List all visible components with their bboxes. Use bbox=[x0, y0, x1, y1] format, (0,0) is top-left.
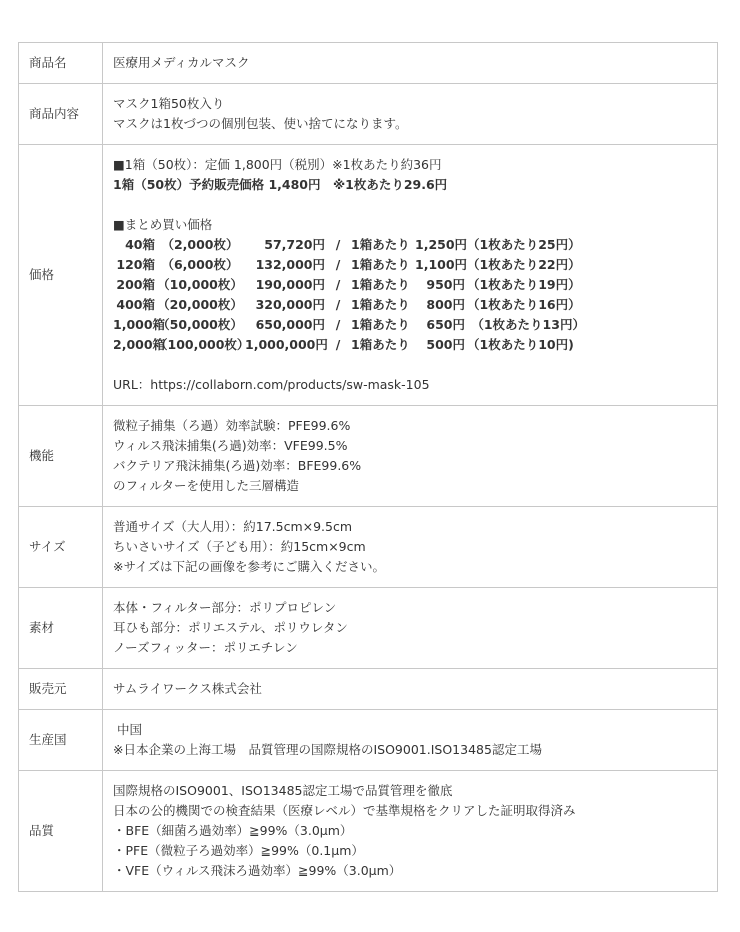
row-size: サイズ 普通サイズ（大人用）：約17.5cm×9.5cm ちいさいサイズ（子ども… bbox=[19, 507, 718, 588]
quality-line-1: 国際規格のISO9001、ISO13485認定工場で品質管理を徹底 bbox=[113, 781, 707, 801]
bulk-price-row: 200箱 （10,000枚） 190,000円 / 1箱あたり 950円 （1枚… bbox=[113, 275, 707, 295]
bulk-total: 57,720円 bbox=[245, 235, 325, 255]
value-seller: サムライワークス株式会社 bbox=[103, 669, 718, 710]
label-contents: 商品内容 bbox=[19, 84, 103, 145]
bulk-separator: / bbox=[325, 335, 351, 355]
bulk-per-sheet: （1枚あたり25円） bbox=[465, 235, 581, 255]
bulk-total: 1,000,000円 bbox=[245, 335, 325, 355]
bulk-per-box-label: 1箱あたり bbox=[351, 255, 415, 275]
bulk-separator: / bbox=[325, 275, 351, 295]
bulk-per-box-label: 1箱あたり bbox=[351, 335, 415, 355]
product-name-text: 医療用メディカルマスク bbox=[113, 53, 707, 73]
bulk-pieces: （2,000枚） bbox=[155, 235, 245, 255]
bulk-pieces: （100,000枚） bbox=[155, 335, 245, 355]
sale-price: 1箱（50枚）予約販売価格 1,480円 ※1枚あたり29.6円 bbox=[113, 175, 707, 195]
bulk-separator: / bbox=[325, 255, 351, 275]
value-origin: 中国 ※日本企業の上海工場 品質管理の国際規格のISO9001.ISO13485… bbox=[103, 710, 718, 771]
bulk-price-row: 400箱 （20,000枚） 320,000円 / 1箱あたり 800円 （1枚… bbox=[113, 295, 707, 315]
bulk-per-box: 1,250円 bbox=[415, 235, 465, 255]
bulk-price-row: 40箱 （2,000枚） 57,720円 / 1箱あたり 1,250円 （1枚あ… bbox=[113, 235, 707, 255]
origin-line-2: ※日本企業の上海工場 品質管理の国際規格のISO9001.ISO13485認定工… bbox=[113, 740, 707, 760]
bulk-pieces: （10,000枚） bbox=[155, 275, 245, 295]
row-material: 素材 本体・フィルター部分：ポリプロピレン 耳ひも部分：ポリエステル、ポリウレタ… bbox=[19, 588, 718, 669]
bulk-per-box-label: 1箱あたり bbox=[351, 235, 415, 255]
function-line-1: 微粒子捕集（ろ過）効率試験：PFE99.6% bbox=[113, 416, 707, 436]
value-product-name: 医療用メディカルマスク bbox=[103, 43, 718, 84]
material-line-3: ノーズフィッター：ポリエチレン bbox=[113, 638, 707, 658]
bulk-price-row: 1,000箱 （50,000枚） 650,000円 / 1箱あたり 650円 （… bbox=[113, 315, 707, 335]
bulk-per-box: 500円 bbox=[415, 335, 465, 355]
value-function: 微粒子捕集（ろ過）効率試験：PFE99.6% ウィルス飛沫捕集(ろ過)効率：VF… bbox=[103, 406, 718, 507]
function-line-4: のフィルターを使用した三層構造 bbox=[113, 476, 707, 496]
contents-line-1: マスク1箱50枚入り bbox=[113, 94, 707, 114]
bulk-total: 190,000円 bbox=[245, 275, 325, 295]
value-material: 本体・フィルター部分：ポリプロピレン 耳ひも部分：ポリエステル、ポリウレタン ノ… bbox=[103, 588, 718, 669]
row-quality: 品質 国際規格のISO9001、ISO13485認定工場で品質管理を徹底 日本の… bbox=[19, 771, 718, 892]
bulk-per-sheet: （1枚あたり10円) bbox=[465, 335, 574, 355]
bulk-per-sheet: （1枚あたり22円） bbox=[465, 255, 581, 275]
bulk-qty: 400箱 bbox=[113, 295, 155, 315]
bulk-per-box: 800円 bbox=[415, 295, 465, 315]
bulk-pieces: （6,000枚） bbox=[155, 255, 245, 275]
value-contents: マスク1箱50枚入り マスクは1枚づつの個別包装、使い捨てになります。 bbox=[103, 84, 718, 145]
contents-line-2: マスクは1枚づつの個別包装、使い捨てになります。 bbox=[113, 114, 707, 134]
bulk-price-row: 120箱 （6,000枚） 132,000円 / 1箱あたり 1,100円 （1… bbox=[113, 255, 707, 275]
row-price: 価格 ■1箱（50枚）：定価 1,800円（税別）※1枚あたり約36円 1箱（5… bbox=[19, 145, 718, 406]
spacer bbox=[113, 195, 707, 215]
bulk-total: 132,000円 bbox=[245, 255, 325, 275]
label-material: 素材 bbox=[19, 588, 103, 669]
bulk-total: 320,000円 bbox=[245, 295, 325, 315]
row-contents: 商品内容 マスク1箱50枚入り マスクは1枚づつの個別包装、使い捨てになります。 bbox=[19, 84, 718, 145]
seller-text: サムライワークス株式会社 bbox=[113, 679, 707, 699]
bulk-price-row: 2,000箱 （100,000枚） 1,000,000円 / 1箱あたり 500… bbox=[113, 335, 707, 355]
function-line-2: ウィルス飛沫捕集(ろ過)効率：VFE99.5% bbox=[113, 436, 707, 456]
spacer bbox=[113, 355, 707, 375]
row-product-name: 商品名 医療用メディカルマスク bbox=[19, 43, 718, 84]
row-function: 機能 微粒子捕集（ろ過）効率試験：PFE99.6% ウィルス飛沫捕集(ろ過)効率… bbox=[19, 406, 718, 507]
value-size: 普通サイズ（大人用）：約17.5cm×9.5cm ちいさいサイズ（子ども用）：約… bbox=[103, 507, 718, 588]
bulk-per-sheet: （1枚あたり16円） bbox=[465, 295, 581, 315]
bulk-per-sheet: （1枚あたり19円） bbox=[465, 275, 581, 295]
value-price: ■1箱（50枚）：定価 1,800円（税別）※1枚あたり約36円 1箱（50枚）… bbox=[103, 145, 718, 406]
size-line-1: 普通サイズ（大人用）：約17.5cm×9.5cm bbox=[113, 517, 707, 537]
product-url: URL：https://collaborn.com/products/sw-ma… bbox=[113, 375, 707, 395]
bulk-qty: 120箱 bbox=[113, 255, 155, 275]
function-line-3: バクテリア飛沫捕集(ろ過)効率：BFE99.6% bbox=[113, 456, 707, 476]
product-spec-table: 商品名 医療用メディカルマスク 商品内容 マスク1箱50枚入り マスクは1枚づつ… bbox=[18, 42, 718, 892]
origin-line-1: 中国 bbox=[113, 720, 707, 740]
bulk-qty: 2,000箱 bbox=[113, 335, 155, 355]
bulk-separator: / bbox=[325, 295, 351, 315]
label-product-name: 商品名 bbox=[19, 43, 103, 84]
quality-line-5: ・VFE（ウィルス飛沫ろ過効率）≧99%（3.0µm） bbox=[113, 861, 707, 881]
label-quality: 品質 bbox=[19, 771, 103, 892]
bulk-separator: / bbox=[325, 235, 351, 255]
quality-line-2: 日本の公的機関での検査結果（医療レベル）で基準規格をクリアした証明取得済み bbox=[113, 801, 707, 821]
row-seller: 販売元 サムライワークス株式会社 bbox=[19, 669, 718, 710]
bulk-qty: 200箱 bbox=[113, 275, 155, 295]
bulk-separator: / bbox=[325, 315, 351, 335]
label-function: 機能 bbox=[19, 406, 103, 507]
bulk-per-sheet: （1枚あたり13円） bbox=[465, 315, 585, 335]
bulk-per-box-label: 1箱あたり bbox=[351, 295, 415, 315]
quality-line-4: ・PFE（微粒子ろ過効率）≧99%（0.1µm） bbox=[113, 841, 707, 861]
label-seller: 販売元 bbox=[19, 669, 103, 710]
bulk-pieces: （20,000枚） bbox=[155, 295, 245, 315]
size-line-3: ※サイズは下記の画像を参考にご購入ください。 bbox=[113, 557, 707, 577]
bulk-per-box: 950円 bbox=[415, 275, 465, 295]
label-price: 価格 bbox=[19, 145, 103, 406]
material-line-2: 耳ひも部分：ポリエステル、ポリウレタン bbox=[113, 618, 707, 638]
material-line-1: 本体・フィルター部分：ポリプロピレン bbox=[113, 598, 707, 618]
bulk-qty: 40箱 bbox=[113, 235, 155, 255]
label-origin: 生産国 bbox=[19, 710, 103, 771]
label-size: サイズ bbox=[19, 507, 103, 588]
bulk-qty: 1,000箱 bbox=[113, 315, 155, 335]
bulk-pieces: （50,000枚） bbox=[155, 315, 245, 335]
bulk-per-box-label: 1箱あたり bbox=[351, 315, 415, 335]
bulk-per-box-label: 1箱あたり bbox=[351, 275, 415, 295]
bulk-heading: ■まとめ買い価格 bbox=[113, 215, 707, 235]
bulk-per-box: 650円 bbox=[415, 315, 465, 335]
bulk-total: 650,000円 bbox=[245, 315, 325, 335]
row-origin: 生産国 中国 ※日本企業の上海工場 品質管理の国際規格のISO9001.ISO1… bbox=[19, 710, 718, 771]
size-line-2: ちいさいサイズ（子ども用）：約15cm×9cm bbox=[113, 537, 707, 557]
bulk-per-box: 1,100円 bbox=[415, 255, 465, 275]
value-quality: 国際規格のISO9001、ISO13485認定工場で品質管理を徹底 日本の公的機… bbox=[103, 771, 718, 892]
list-price: ■1箱（50枚）：定価 1,800円（税別）※1枚あたり約36円 bbox=[113, 155, 707, 175]
quality-line-3: ・BFE（細菌ろ過効率）≧99%（3.0µm） bbox=[113, 821, 707, 841]
